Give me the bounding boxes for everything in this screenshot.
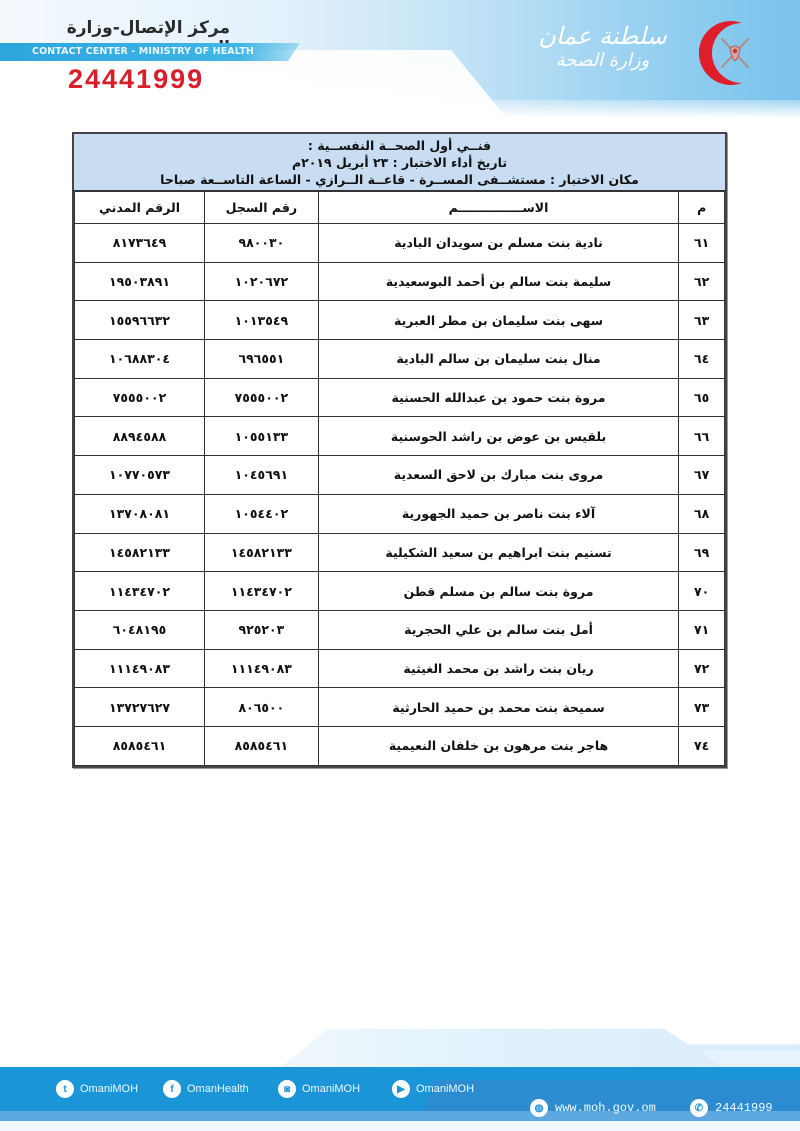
cell-name: مروة بنت حمود بن عبدالله الحسنية [318,378,679,417]
candidates-table-container: فنــي أول الصحــة النفســية : تاريخ أداء… [72,132,727,768]
candidates-table: م الاســـــــــــــــم رقم السجل الرقم ا… [74,191,725,766]
cell-registration: ٩٢٥٢٠٣ [205,610,319,649]
cell-registration: ١٠٢٠٦٧٢ [205,262,319,301]
cell-name: نادية بنت مسلم بن سويدان البادية [318,224,679,263]
table-row: ٧٤ هاجر بنت مرهون بن خلفان النعيمية ٨٥٨٥… [75,726,725,765]
column-header-index: م [679,192,725,224]
youtube-handle[interactable]: OmaniMOH [416,1083,474,1095]
facebook-handle[interactable]: OmanHealth [187,1083,249,1095]
cell-index: ٦٥ [679,378,725,417]
cell-civil: ١١١٤٩٠٨٣ [75,649,205,688]
page-header: مركز الإتصال-وزارة الصحة CONTACT CENTER … [0,0,800,118]
contact-center-title-en: CONTACT CENTER - MINISTRY OF HEALTH [32,46,254,57]
cell-registration: ١٠٥٥١٣٣ [205,417,319,456]
cell-registration: ٨٠٦٥٠٠ [205,688,319,727]
table-row: ٦٣ سهى بنت سليمان بن مطر العبرية ١٠١٣٥٤٩… [75,301,725,340]
cell-civil: ١٣٧٠٨٠٨١ [75,494,205,533]
cell-registration: ٩٨٠٠٣٠ [205,224,319,263]
table-row: ٦٩ تسنيم بنت ابراهيم بن سعيد الشكيلية ١٤… [75,533,725,572]
instagram-handle[interactable]: OmaniMOH [302,1083,360,1095]
cell-name: منال بنت سليمان بن سالم البادية [318,340,679,379]
phone-contact[interactable]: ✆ 24441999 [690,1097,773,1119]
table-row: ٦٦ بلقيس بن عوض بن راشد الحوسنية ١٠٥٥١٣٣… [75,417,725,456]
cell-index: ٦٧ [679,456,725,495]
ministry-logo-text: سلطنة عمان وزارة الصحة [515,22,690,72]
cell-civil: ١٠٧٧٠٥٧٣ [75,456,205,495]
phone-icon: ✆ [690,1099,708,1117]
cell-index: ٦٢ [679,262,725,301]
column-header-civil: الرقم المدني [75,192,205,224]
exam-job-title: فنــي أول الصحــة النفســية : [74,137,725,154]
cell-name: تسنيم بنت ابراهيم بن سعيد الشكيلية [318,533,679,572]
cell-name: أمل بنت سالم بن علي الحجرية [318,610,679,649]
cell-name: هاجر بنت مرهون بن خلفان النعيمية [318,726,679,765]
twitter-icon: t [56,1080,74,1098]
header-fade [0,100,800,118]
hotline-number: 24441999 [68,64,204,95]
table-row: ٧١ أمل بنت سالم بن علي الحجرية ٩٢٥٢٠٣ ٦٠… [75,610,725,649]
table-row: ٧٢ ريان بنت راشد بن محمد الغيثية ١١١٤٩٠٨… [75,649,725,688]
youtube-icon: ▶ [392,1080,410,1098]
cell-name: بلقيس بن عوض بن راشد الحوسنية [318,417,679,456]
cell-index: ٦٨ [679,494,725,533]
instagram-icon: ◙ [278,1080,296,1098]
table-row: ٦٤ منال بنت سليمان بن سالم البادية ٦٩٦٥٥… [75,340,725,379]
table-row: ٦٧ مروى بنت مبارك بن لاحق السعدية ١٠٤٥٦٩… [75,456,725,495]
exam-date: تاريخ أداء الاختبار : ٢٣ أبريل ٢٠١٩م [74,154,725,171]
cell-registration: ١٠٤٥٦٩١ [205,456,319,495]
logo-line-ministry: وزارة الصحة [515,50,690,72]
cell-name: سميحة بنت محمد بن حميد الحارثية [318,688,679,727]
cell-civil: ٦٠٤٨١٩٥ [75,610,205,649]
cell-civil: ١١٤٣٤٧٠٢ [75,572,205,611]
cell-index: ٧٠ [679,572,725,611]
footer-bottom-strip [0,1121,800,1131]
twitter-handle[interactable]: OmaniMOH [80,1083,138,1095]
cell-registration: ١١١٤٩٠٨٣ [205,649,319,688]
cell-registration: ١١٤٣٤٧٠٢ [205,572,319,611]
table-row: ٦١ نادية بنت مسلم بن سويدان البادية ٩٨٠٠… [75,224,725,263]
cell-index: ٧٤ [679,726,725,765]
social-instagram[interactable]: ◙ OmaniMOH [278,1079,360,1099]
cell-registration: ٦٩٦٥٥١ [205,340,319,379]
cell-name: آلاء بنت ناصر بن حميد الجهورية [318,494,679,533]
social-youtube[interactable]: ▶ OmaniMOH [392,1079,474,1099]
cell-index: ٦٣ [679,301,725,340]
cell-index: ٦٤ [679,340,725,379]
cell-registration: ١٠٥٤٤٠٢ [205,494,319,533]
website-link[interactable]: ◍ www.moh.gov.om [530,1097,656,1119]
cell-index: ٦٦ [679,417,725,456]
cell-civil: ٨١٧٣٦٤٩ [75,224,205,263]
page-footer: t OmaniMOH f OmanHealth ◙ OmaniMOH ▶ Oma… [0,1020,800,1131]
cell-civil: ٨٨٩٤٥٨٨ [75,417,205,456]
cell-name: سهى بنت سليمان بن مطر العبرية [318,301,679,340]
crescent-emblem-icon [690,15,766,91]
website-url[interactable]: www.moh.gov.om [555,1101,656,1115]
cell-registration: ١٠١٣٥٤٩ [205,301,319,340]
logo-line-sultanate: سلطنة عمان [515,22,690,50]
column-header-registration: رقم السجل [205,192,319,224]
cell-index: ٧٢ [679,649,725,688]
cell-registration: ٧٥٥٥٠٠٢ [205,378,319,417]
cell-index: ٦١ [679,224,725,263]
cell-civil: ٧٥٥٥٠٠٢ [75,378,205,417]
cell-civil: ١٤٥٨٢١٣٣ [75,533,205,572]
table-header-row: م الاســـــــــــــــم رقم السجل الرقم ا… [75,192,725,224]
social-facebook[interactable]: f OmanHealth [163,1079,249,1099]
globe-icon: ◍ [530,1099,548,1117]
facebook-icon: f [163,1080,181,1098]
cell-registration: ٨٥٨٥٤٦١ [205,726,319,765]
column-header-name: الاســـــــــــــــم [318,192,679,224]
footer-underline [0,1111,800,1121]
cell-name: ريان بنت راشد بن محمد الغيثية [318,649,679,688]
cell-civil: ١٥٥٩٦٦٣٢ [75,301,205,340]
exam-info-header: فنــي أول الصحــة النفســية : تاريخ أداء… [74,134,725,191]
cell-civil: ٨٥٨٥٤٦١ [75,726,205,765]
cell-civil: ١٩٥٠٣٨٩١ [75,262,205,301]
cell-registration: ١٤٥٨٢١٣٣ [205,533,319,572]
table-row: ٧٣ سميحة بنت محمد بن حميد الحارثية ٨٠٦٥٠… [75,688,725,727]
cell-name: سليمة بنت سالم بن أحمد البوسعيدية [318,262,679,301]
cell-name: مروة بنت سالم بن مسلم قطن [318,572,679,611]
table-row: ٧٠ مروة بنت سالم بن مسلم قطن ١١٤٣٤٧٠٢ ١١… [75,572,725,611]
cell-civil: ١٠٦٨٨٣٠٤ [75,340,205,379]
table-row: ٦٨ آلاء بنت ناصر بن حميد الجهورية ١٠٥٤٤٠… [75,494,725,533]
cell-index: ٦٩ [679,533,725,572]
exam-location: مكان الاختبار : مستشــفى المســرة - قاعـ… [74,171,725,188]
social-twitter[interactable]: t OmaniMOH [56,1079,138,1099]
cell-index: ٧٣ [679,688,725,727]
table-row: ٦٢ سليمة بنت سالم بن أحمد البوسعيدية ١٠٢… [75,262,725,301]
cell-name: مروى بنت مبارك بن لاحق السعدية [318,456,679,495]
phone-number[interactable]: 24441999 [715,1101,773,1115]
cell-index: ٧١ [679,610,725,649]
table-row: ٦٥ مروة بنت حمود بن عبدالله الحسنية ٧٥٥٥… [75,378,725,417]
cell-civil: ١٣٧٢٧٦٢٧ [75,688,205,727]
